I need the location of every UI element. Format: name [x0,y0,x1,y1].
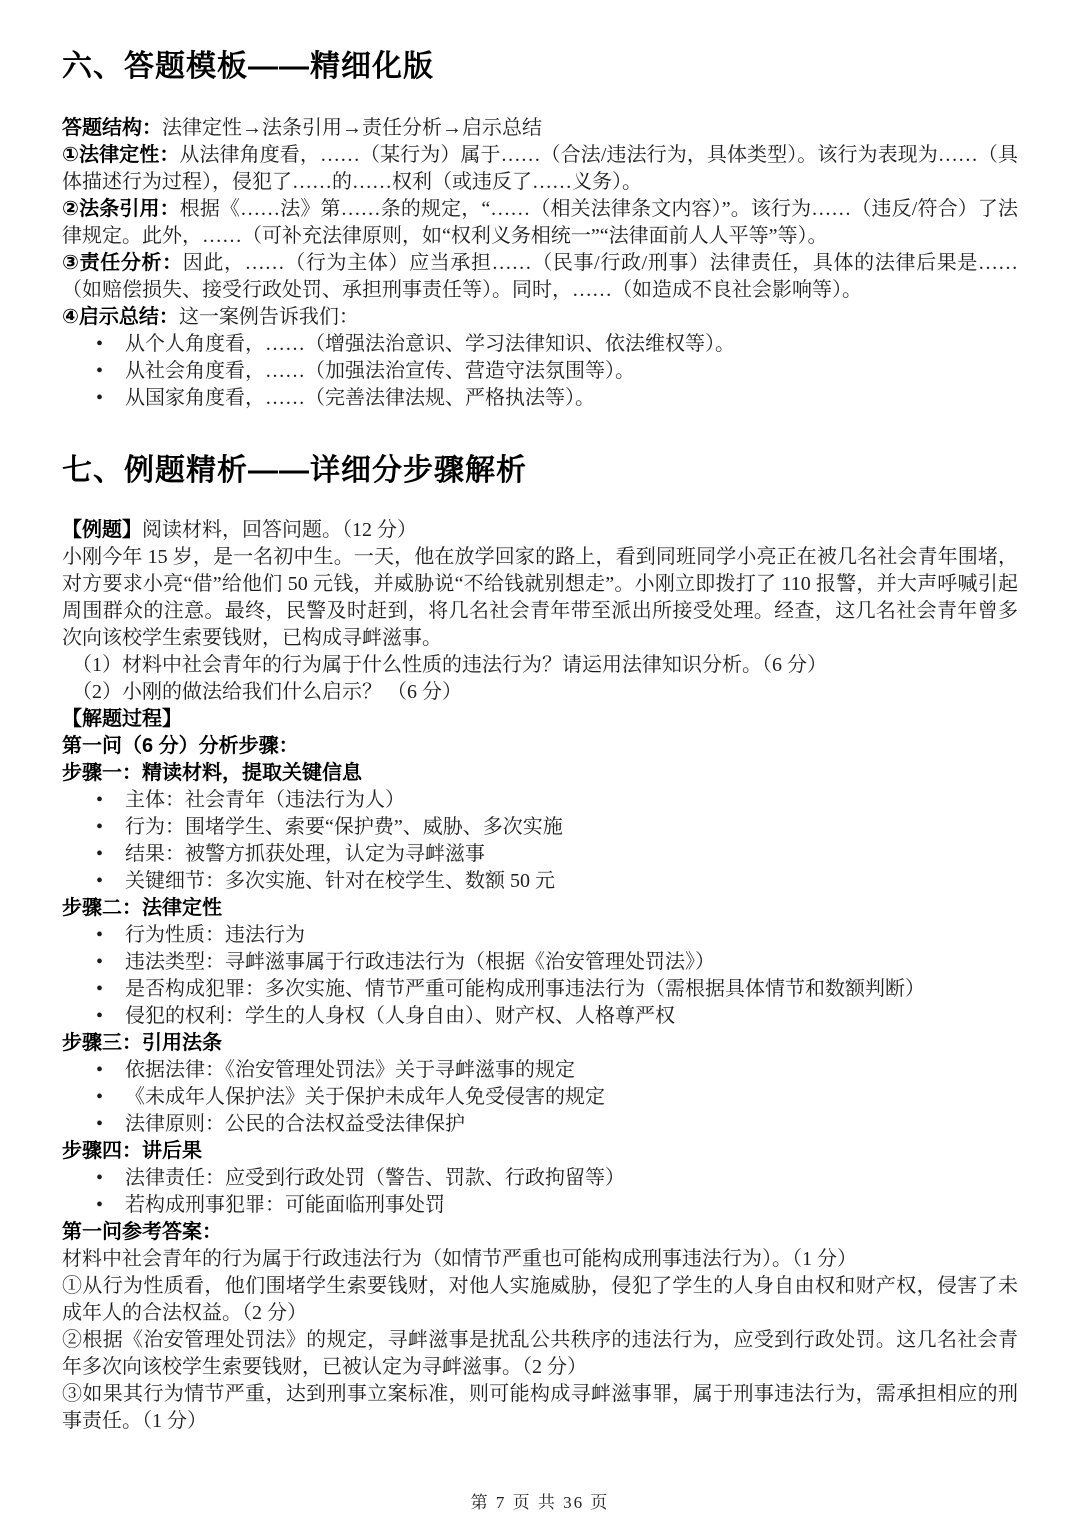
template-step-4-text: 这一案例告诉我们： [179,306,359,328]
step-3-list: 依据法律：《治安管理处罚法》关于寻衅滋事的规定 《未成年人保护法》关于保护未成年… [62,1057,1018,1138]
list-item: 《未成年人保护法》关于保护未成年人免受侵害的规定 [62,1084,1018,1111]
template-step-1-label: ①法律定性： [62,144,179,166]
answer-structure-label: 答题结构： [62,117,162,139]
list-item: 从社会角度看，……（加强法治宣传、营造守法氛围等）。 [62,358,1018,385]
section-6-title: 六、答题模板——精细化版 [62,48,1018,85]
template-step-3-paragraph: ③责任分析：因此，……（行为主体）应当承担……（民事/行政/刑事）法律责任，具体… [62,250,1018,304]
template-step-4-paragraph: ④启示总结：这一案例告诉我们： [62,304,1018,331]
list-item: 关键细节：多次实施、针对在校学生、数额 50 元 [62,868,1018,895]
question-1: （1）材料中社会青年的行为属于什么性质的违法行为？请运用法律知识分析。（6 分） [62,652,1018,679]
list-item: 结果：被警方抓获处理，认定为寻衅滋事 [62,841,1018,868]
answer-line-3: ②根据《治安管理处罚法》的规定，寻衅滋事是扰乱公共秩序的违法行为，应受到行政处罚… [62,1327,1018,1381]
template-step-2-label: ②法条引用： [62,198,180,220]
step-3-heading: 步骤三：引用法条 [62,1030,1018,1057]
list-item: 违法类型：寻衅滋事属于行政违法行为（根据《治安管理处罚法》） [62,949,1018,976]
template-step-3-label: ③责任分析： [62,252,183,274]
answer-line-2: ①从行为性质看，他们围堵学生索要钱财，对他人实施威胁，侵犯了学生的人身自由权和财… [62,1273,1018,1327]
answer-line-1: 材料中社会青年的行为属于行政违法行为（如情节严重也可能构成刑事违法行为）。（1 … [62,1246,1018,1273]
list-item: 从国家角度看，……（完善法律法规、严格执法等）。 [62,385,1018,412]
answer-structure-paragraph: 答题结构：法律定性→法条引用→责任分析→启示总结 [62,115,1018,142]
section-7-title: 七、例题精析——详细分步骤解析 [62,452,1018,489]
step-1-list: 主体：社会青年（违法行为人） 行为：围堵学生、索要“保护费”、威胁、多次实施 结… [62,787,1018,895]
example-intro-paragraph: 【例题】阅读材料，回答问题。（12 分） [62,517,1018,544]
answer-line-4: ③如果其行为情节严重，达到刑事立案标准，则可能构成寻衅滋事罪，属于刑事违法行为，… [62,1381,1018,1435]
list-item: 法律责任：应受到行政处罚（警告、罚款、行政拘留等） [62,1165,1018,1192]
q1-answer-label: 第一问参考答案： [62,1219,1018,1246]
list-item: 从个人角度看，……（增强法治意识、学习法律知识、依法维权等）。 [62,331,1018,358]
template-step-1-paragraph: ①法律定性：从法律角度看，……（某行为）属于……（合法/违法行为，具体类型）。该… [62,142,1018,196]
list-item: 侵犯的权利：学生的人身权（人身自由）、财产权、人格尊严权 [62,1003,1018,1030]
list-item: 法律原则：公民的合法权益受法律保护 [62,1111,1018,1138]
document-page: 六、答题模板——精细化版 答题结构：法律定性→法条引用→责任分析→启示总结 ①法… [0,0,1080,1527]
insight-angle-list: 从个人角度看，……（增强法治意识、学习法律知识、依法维权等）。 从社会角度看，…… [62,331,1018,412]
example-intro-text: 阅读材料，回答问题。（12 分） [142,519,417,541]
template-step-4-label: ④启示总结： [62,306,179,328]
step-1-heading: 步骤一：精读材料，提取关键信息 [62,760,1018,787]
page-number-footer: 第 7 页 共 36 页 [0,1488,1080,1513]
template-step-2-text: 根据《……法》第……条的规定，“……（相关法律条文内容）”。该行为……（违反/符… [62,198,1018,247]
example-material-paragraph: 小刚今年 15 岁，是一名初中生。一天，他在放学回家的路上，看到同班同学小亮正在… [62,544,1018,652]
question-2: （2）小刚的做法给我们什么启示？ （6 分） [62,679,1018,706]
list-item: 主体：社会青年（违法行为人） [62,787,1018,814]
template-step-2-paragraph: ②法条引用：根据《……法》第……条的规定，“……（相关法律条文内容）”。该行为…… [62,196,1018,250]
step-2-heading: 步骤二：法律定性 [62,895,1018,922]
template-step-3-text: 因此，……（行为主体）应当承担……（民事/行政/刑事）法律责任，具体的法律后果是… [62,252,1018,301]
step-4-heading: 步骤四：讲后果 [62,1138,1018,1165]
list-item: 若构成刑事犯罪：可能面临刑事处罚 [62,1192,1018,1219]
list-item: 是否构成犯罪：多次实施、情节严重可能构成刑事违法行为（需根据具体情节和数额判断） [62,976,1018,1003]
step-4-list: 法律责任：应受到行政处罚（警告、罚款、行政拘留等） 若构成刑事犯罪：可能面临刑事… [62,1165,1018,1219]
list-item: 依据法律：《治安管理处罚法》关于寻衅滋事的规定 [62,1057,1018,1084]
q1-steps-label: 第一问（6 分）分析步骤： [62,733,1018,760]
answer-structure-text: 法律定性→法条引用→责任分析→启示总结 [162,117,542,139]
list-item: 行为性质：违法行为 [62,922,1018,949]
list-item: 行为：围堵学生、索要“保护费”、威胁、多次实施 [62,814,1018,841]
example-label: 【例题】 [62,519,142,541]
step-2-list: 行为性质：违法行为 违法类型：寻衅滋事属于行政违法行为（根据《治安管理处罚法》）… [62,922,1018,1030]
solving-process-label: 【解题过程】 [62,706,1018,733]
template-step-1-text: 从法律角度看，……（某行为）属于……（合法/违法行为，具体类型）。该行为表现为…… [62,144,1018,193]
